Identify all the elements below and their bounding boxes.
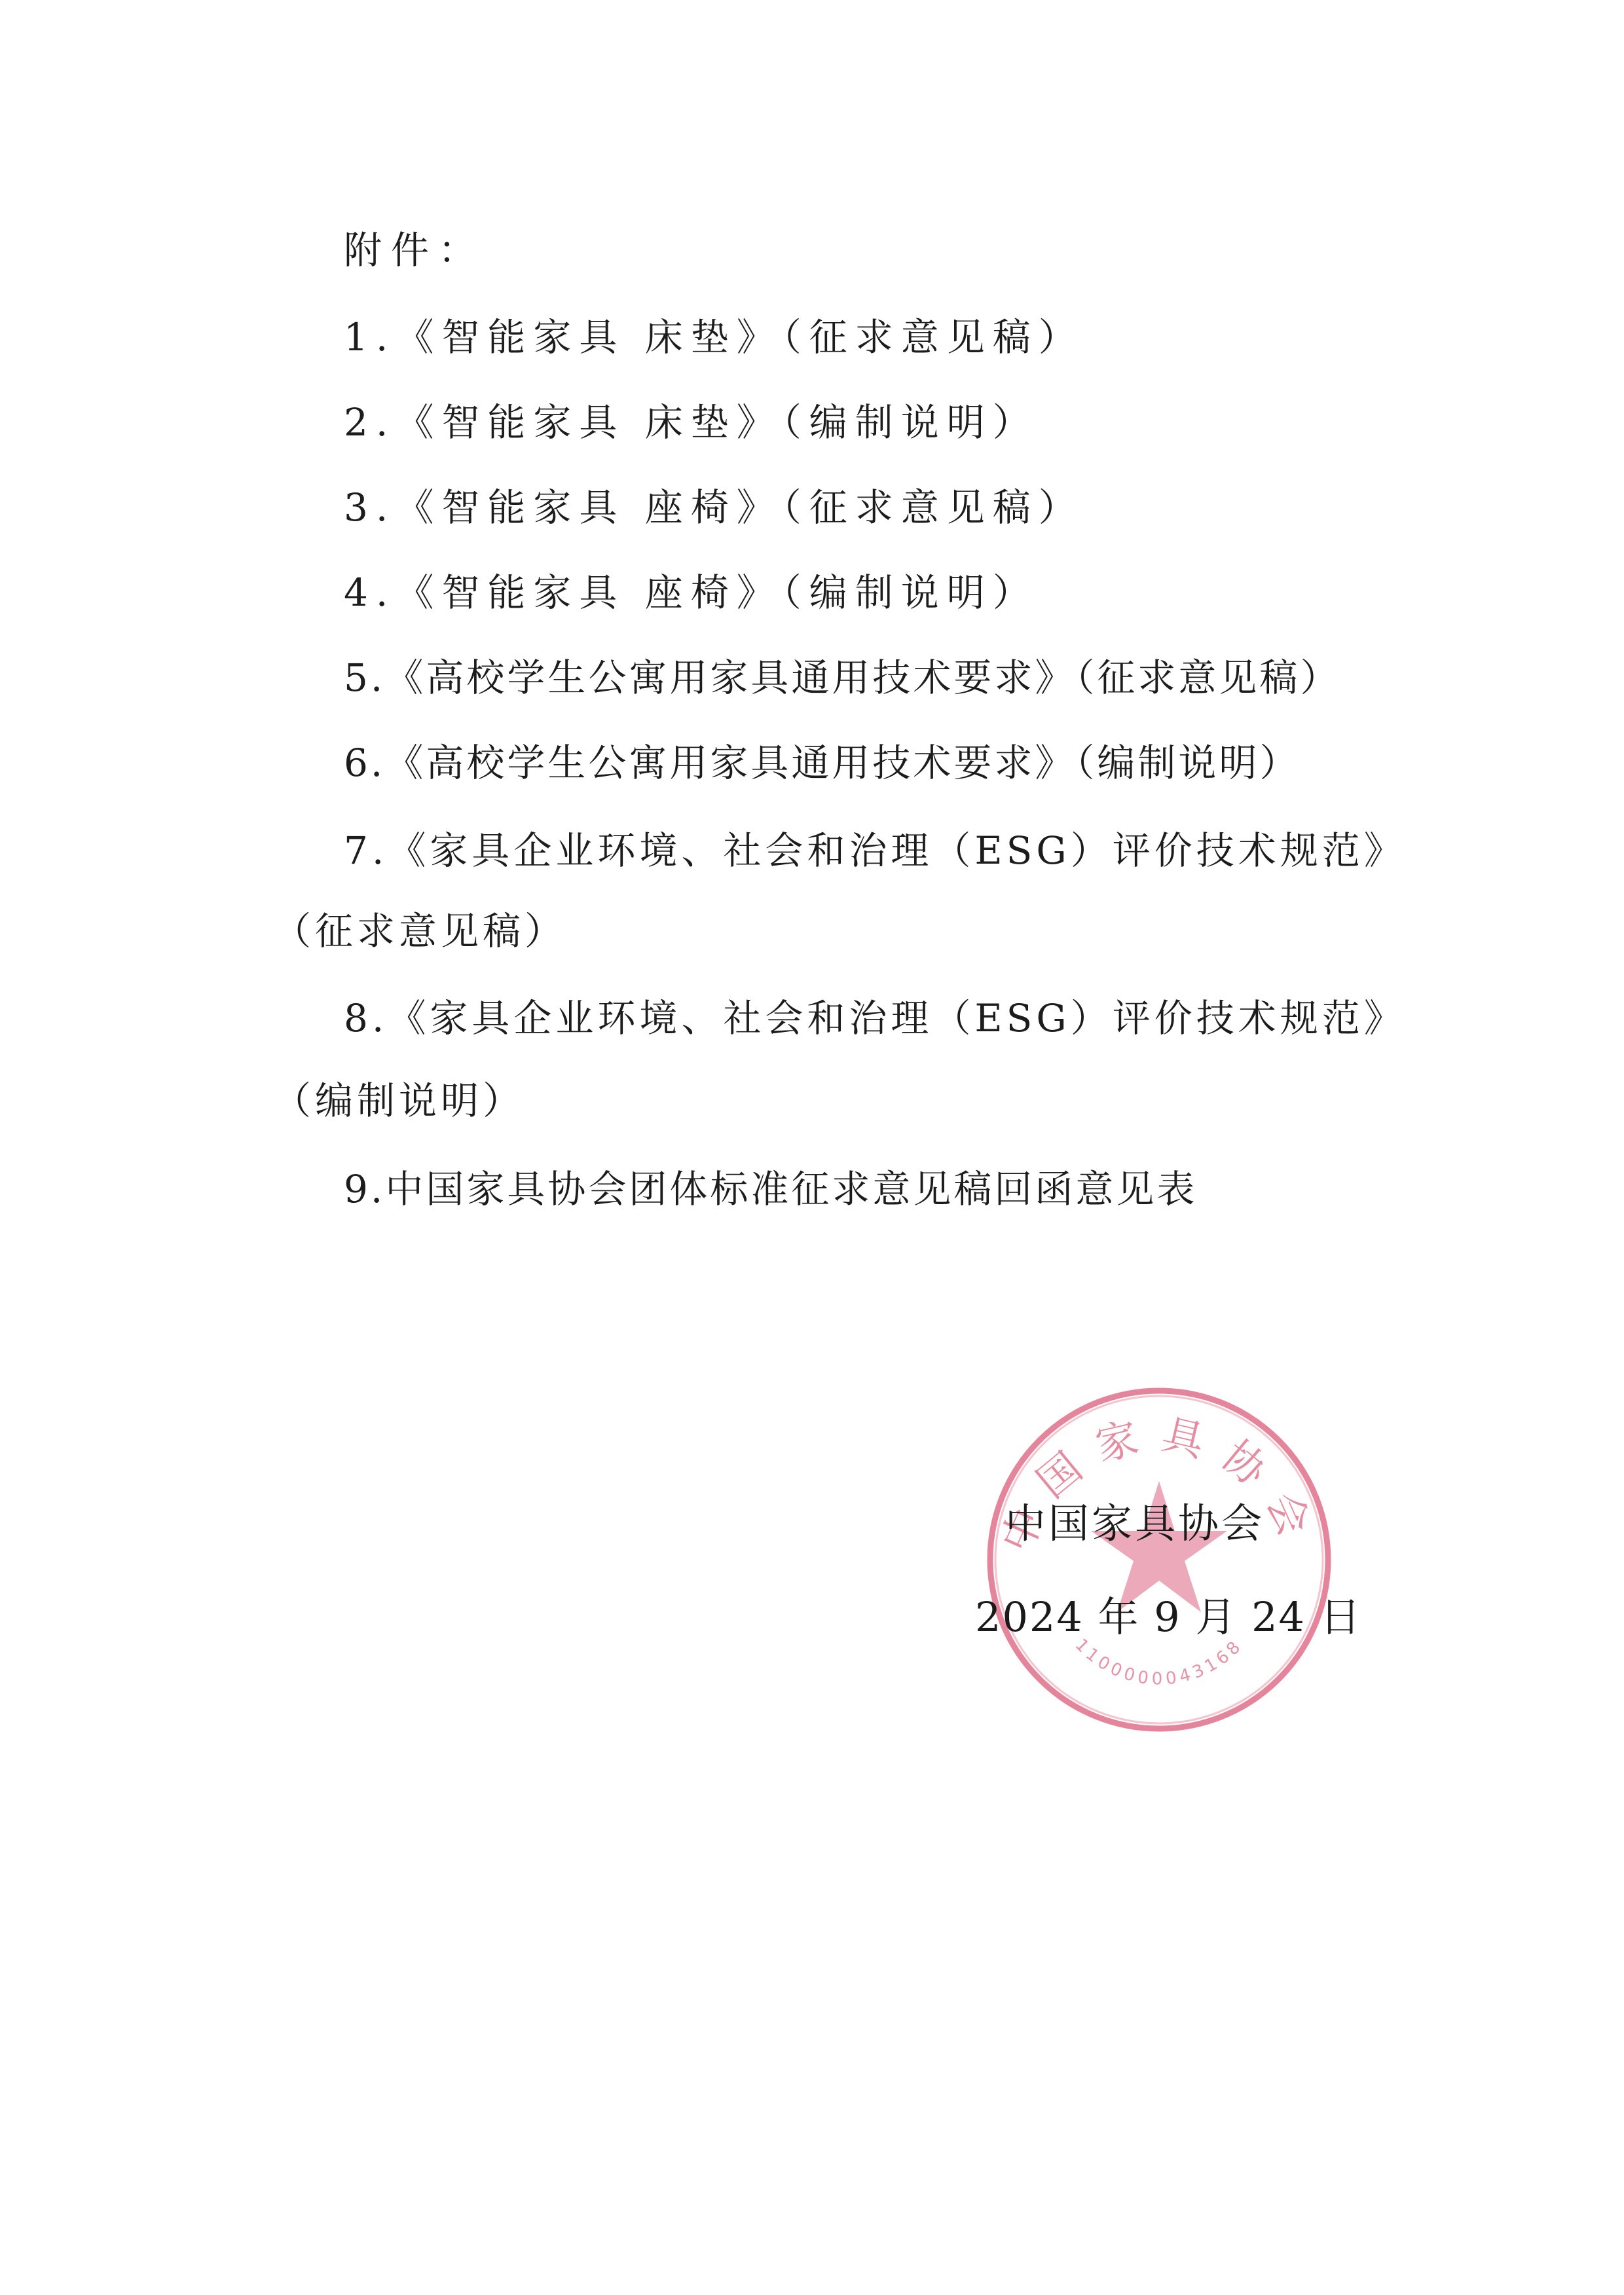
attachment-item-8-continuation: （编制说明）	[273, 1080, 525, 1122]
seal-outer-ring	[990, 1391, 1328, 1729]
attachment-item-3: 3.《智能家具 座椅》（征求意见稿）	[344, 487, 1084, 528]
attachment-item-8: 8.《家具企业环境、社会和治理（ESG）评价技术规范》	[344, 997, 1406, 1039]
attachment-item-5: 5.《高校学生公寓用家具通用技术要求》（征求意见稿）	[344, 657, 1340, 699]
attachment-item-9: 9.中国家具协会团体标准征求意见稿回函意见表	[344, 1168, 1197, 1210]
seal-number: 1100000043168	[1071, 1635, 1247, 1689]
attachment-item-1: 1.《智能家具 床垫》（征求意见稿）	[344, 316, 1084, 358]
signature-organization: 中国家具协会	[1005, 1501, 1264, 1546]
document-page: 附件： 1.《智能家具 床垫》（征求意见稿） 2.《智能家具 床垫》（编制说明）…	[0, 0, 1624, 2295]
attachment-item-7-continuation: （征求意见稿）	[273, 910, 566, 952]
attachments-heading: 附件：	[344, 229, 485, 271]
signature-date: 2024 年 9 月 24 日	[975, 1595, 1362, 1640]
attachment-item-4: 4.《智能家具 座椅》（编制说明）	[344, 572, 1039, 614]
attachment-item-2: 2.《智能家具 床垫》（编制说明）	[344, 401, 1039, 443]
attachment-item-6: 6.《高校学生公寓用家具通用技术要求》（编制说明）	[344, 742, 1300, 784]
attachment-item-7: 7.《家具企业环境、社会和治理（ESG）评价技术规范》	[344, 830, 1406, 872]
official-seal-stamp: 中国家具协会 1100000043168	[982, 1383, 1336, 1736]
